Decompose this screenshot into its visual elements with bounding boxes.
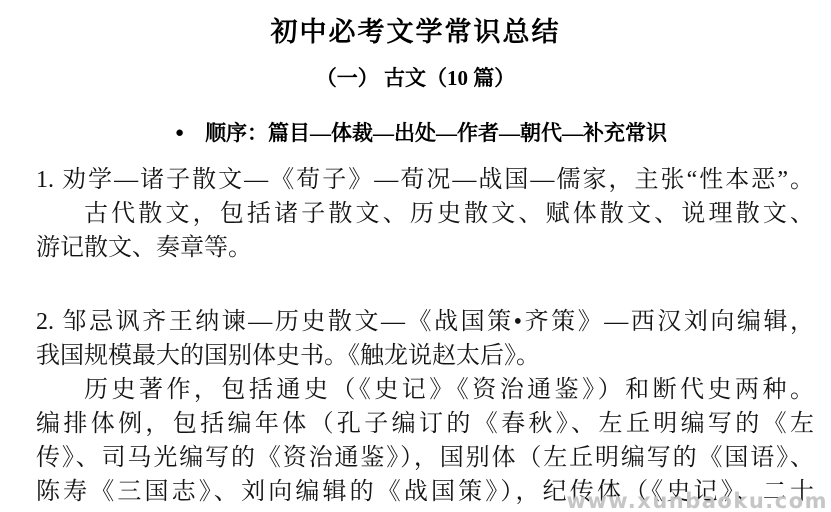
bullet-dot-icon: ● xyxy=(175,126,184,141)
body-line: 传》、司马光编写的《资治通鉴》），国别体（左丘明编写的《国语》、 xyxy=(36,441,814,475)
body-line: 我国规模最大的国别体史书。《触龙说赵太后》。 xyxy=(36,339,814,373)
watermark-text: www.xunbaoku.com xyxy=(566,489,828,512)
document-page: 初中必考文学常识总结 （一） 古文（10 篇） ● 顺序：篇目—体裁—出处—作者… xyxy=(0,0,831,512)
doc-title: 初中必考文学常识总结 xyxy=(0,10,831,49)
order-heading-text: 顺序：篇目—体裁—出处—作者—朝代—补充常识 xyxy=(205,117,667,147)
order-list-item: ● 顺序：篇目—体裁—出处—作者—朝代—补充常识 xyxy=(175,117,795,147)
document-body: 1. 劝学—诸子散文—《荀子》—荀况—战国—儒家，主张“性本恶”。 古代散文，包… xyxy=(36,163,814,509)
body-line: 历史著作，包括通史（《史记》《资治通鉴》）和断代史两种。 xyxy=(36,373,814,407)
body-line: 古代散文，包括诸子散文、历史散文、赋体散文、说理散文、 xyxy=(36,197,814,231)
body-line: 2. 邹忌讽齐王纳谏—历史散文—《战国策•齐策》—西汉刘向编辑， xyxy=(36,305,814,339)
paragraph-1: 1. 劝学—诸子散文—《荀子》—荀况—战国—儒家，主张“性本恶”。 古代散文，包… xyxy=(36,163,814,265)
paragraph-2: 2. 邹忌讽齐王纳谏—历史散文—《战国策•齐策》—西汉刘向编辑， 我国规模最大的… xyxy=(36,305,814,509)
body-line: 1. 劝学—诸子散文—《荀子》—荀况—战国—儒家，主张“性本恶”。 xyxy=(36,163,814,197)
body-line: 游记散文、奏章等。 xyxy=(36,231,814,265)
body-line: 编排体例，包括编年体（孔子编订的《春秋》、左丘明编写的《左 xyxy=(36,407,814,441)
doc-subtitle: （一） 古文（10 篇） xyxy=(0,62,831,92)
